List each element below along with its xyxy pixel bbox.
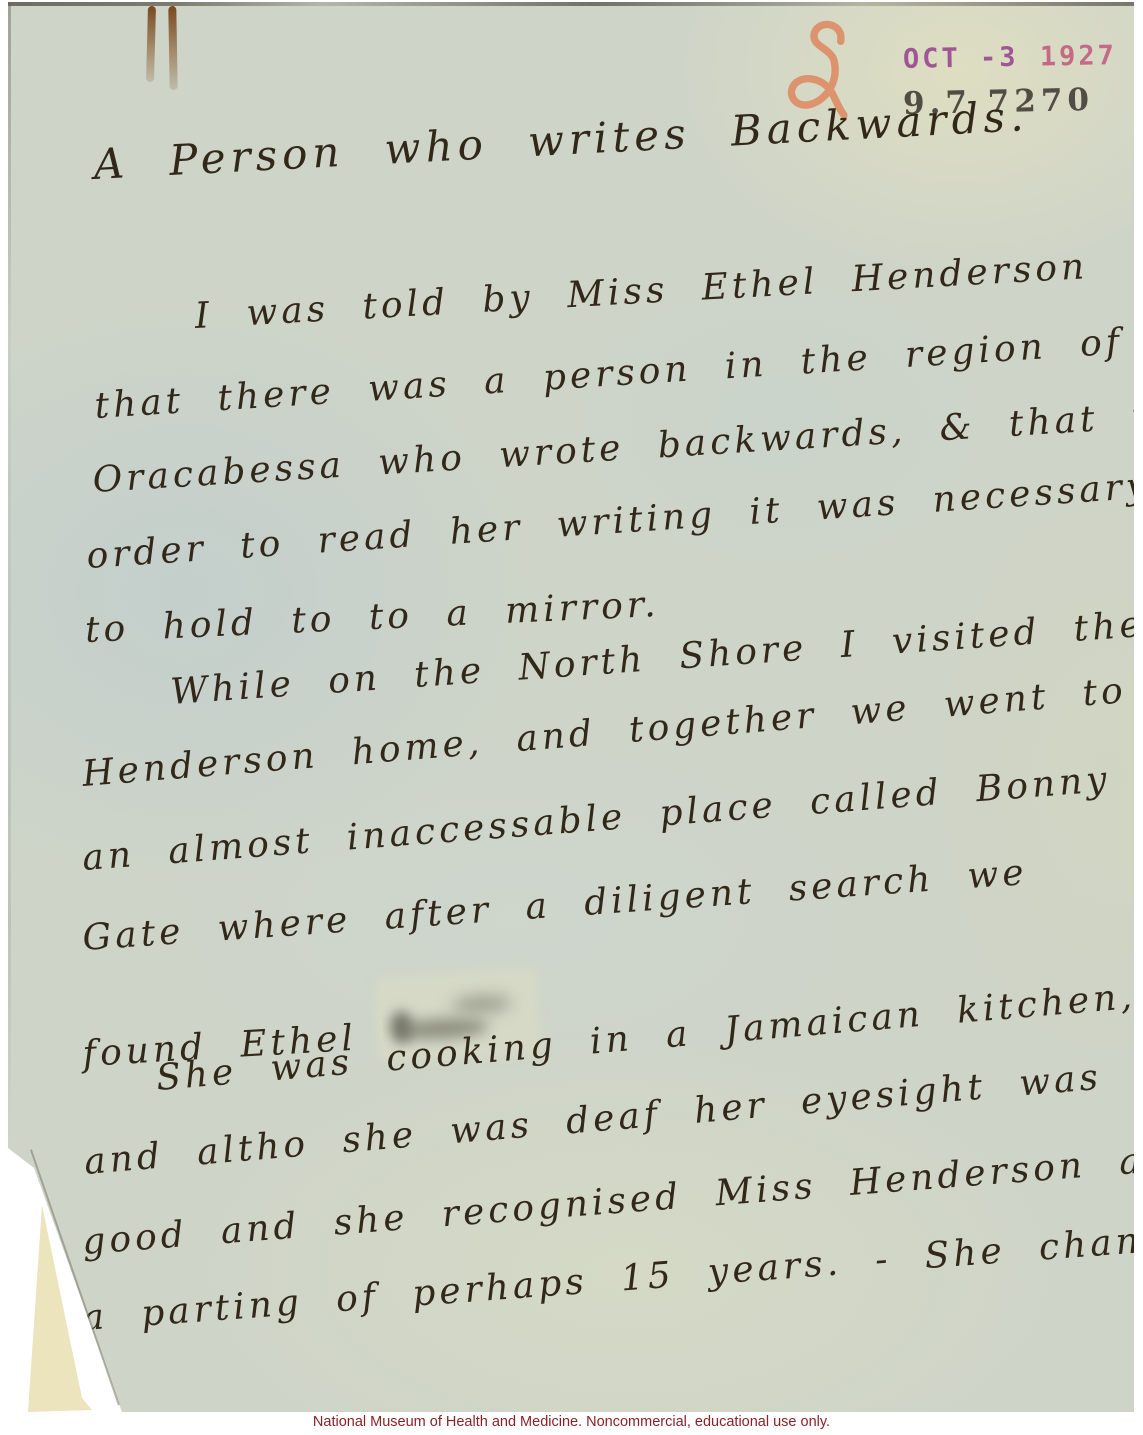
redaction-smudge: [451, 995, 512, 1015]
footer-caption: National Museum of Health and Medicine. …: [0, 1414, 1143, 1430]
letter-paper: OCT -3 1927 9.7 7270 A Person who writes…: [0, 0, 1143, 1412]
rust-stain: [168, 6, 177, 90]
scanned-letter-page: OCT -3 1927 9.7 7270 A Person who writes…: [0, 0, 1143, 1435]
date-received-stamp: OCT -3 1927: [903, 40, 1117, 75]
paper-left-edge-shadow: [8, 2, 11, 1152]
date-stamp-year: 1927: [1040, 40, 1118, 72]
rust-stain: [146, 6, 156, 82]
letter-line-text: to hold to to a mirror.: [84, 584, 660, 651]
letter-line: to hold to to a mirror.: [84, 584, 660, 651]
letter-line: I was told by Miss Ethel Henderson: [194, 246, 1089, 337]
letter-line-text: I was told by Miss Ethel Henderson: [194, 246, 1089, 337]
paper-top-edge-shadow: [8, 2, 1134, 6]
letter-title: A Person who writes Backwards.: [92, 91, 1029, 189]
date-stamp-month-day: OCT -3: [903, 42, 1019, 75]
